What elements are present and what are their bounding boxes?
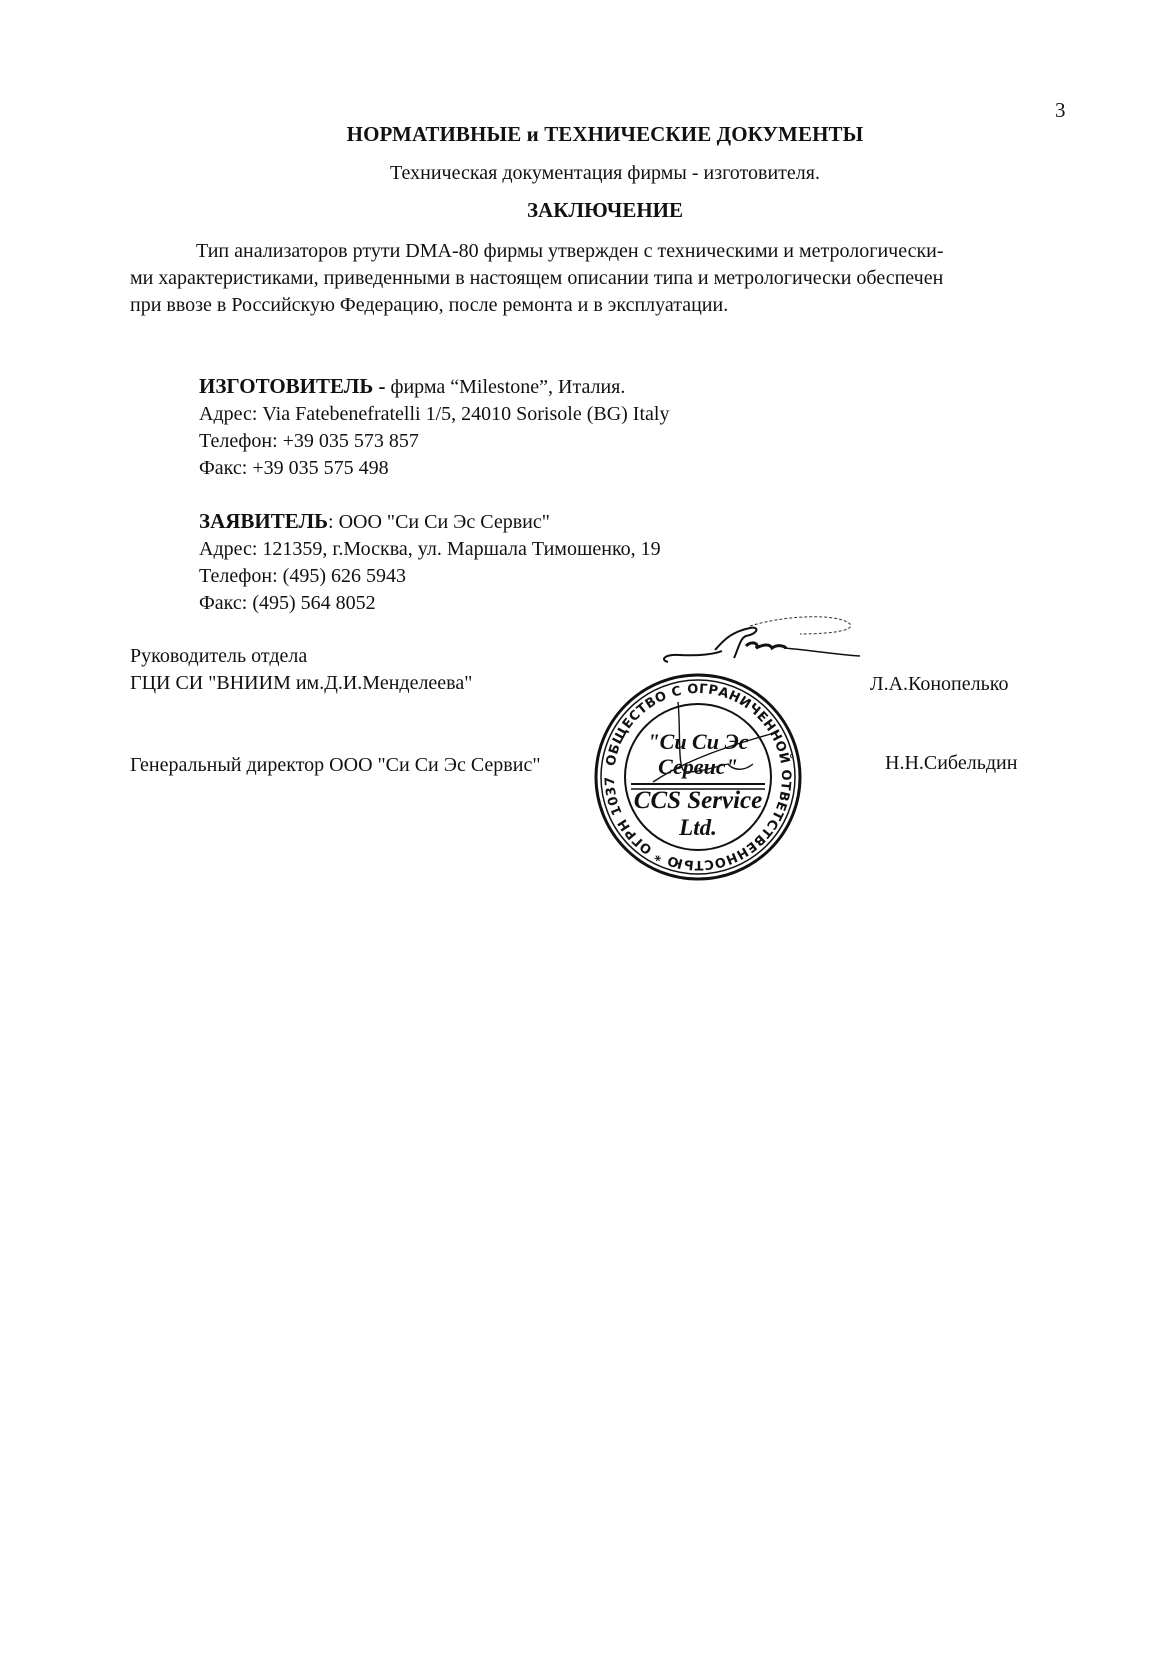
normative-documents-text: Техническая документация фирмы - изготов… <box>0 162 1172 185</box>
page-number: 3 <box>1055 98 1066 123</box>
manufacturer-fax: Факс: +39 035 575 498 <box>199 455 669 482</box>
applicant-block: ЗАЯВИТЕЛЬ: ООО "Си Си Эс Сервис" Адрес: … <box>199 508 661 617</box>
conclusion-paragraph: Тип анализаторов ртути DMA-80 фирмы утве… <box>130 238 1075 319</box>
signer2-name: Н.Н.Сибельдин <box>885 752 1017 775</box>
applicant-address: Адрес: 121359, г.Москва, ул. Маршала Тим… <box>199 536 661 563</box>
stamp-seal-icon: ОБЩЕСТВО С ОГРАНИЧЕННОЙ ОТВЕТСТВЕННОСТЬЮ… <box>593 672 803 882</box>
conclusion-line: Тип анализаторов ртути DMA-80 фирмы утве… <box>130 238 1075 265</box>
manufacturer-title: ИЗГОТОВИТЕЛЬ - фирма “Milestone”, Италия… <box>199 373 669 401</box>
manufacturer-phone: Телефон: +39 035 573 857 <box>199 428 669 455</box>
applicant-phone: Телефон: (495) 626 5943 <box>199 563 661 590</box>
normative-documents-heading: НОРМАТИВНЫЕ и ТЕХНИЧЕСКИЕ ДОКУМЕНТЫ <box>0 122 1172 147</box>
applicant-name: : ООО "Си Си Эс Сервис" <box>328 511 550 533</box>
manufacturer-address: Адрес: Via Fatebenefratelli 1/5, 24010 S… <box>199 401 669 428</box>
conclusion-line: при ввозе в Российскую Федерацию, после … <box>130 292 1075 319</box>
applicant-label: ЗАЯВИТЕЛЬ <box>199 509 328 533</box>
manufacturer-label: ИЗГОТОВИТЕЛЬ - <box>199 374 386 398</box>
handwritten-signature-icon <box>660 620 860 680</box>
applicant-title: ЗАЯВИТЕЛЬ: ООО "Си Си Эс Сервис" <box>199 508 661 536</box>
signer1-name: Л.А.Конопелько <box>870 673 1008 696</box>
signer1-position-line1: Руководитель отдела <box>130 643 472 670</box>
manufacturer-name: фирма “Milestone”, Италия. <box>386 376 626 398</box>
signer2-position: Генеральный директор ООО "Си Си Эс Серви… <box>130 752 541 779</box>
conclusion-heading: ЗАКЛЮЧЕНИЕ <box>0 198 1172 223</box>
signer1-position: Руководитель отдела ГЦИ СИ "ВНИИМ им.Д.И… <box>130 643 472 697</box>
conclusion-line: ми характеристиками, приведенными в наст… <box>130 265 1075 292</box>
manufacturer-block: ИЗГОТОВИТЕЛЬ - фирма “Milestone”, Италия… <box>199 373 669 482</box>
company-stamp: ОБЩЕСТВО С ОГРАНИЧЕННОЙ ОТВЕТСТВЕННОСТЬЮ… <box>593 672 803 882</box>
applicant-fax: Факс: (495) 564 8052 <box>199 590 661 617</box>
signer1-position-line2: ГЦИ СИ "ВНИИМ им.Д.И.Менделеева" <box>130 670 472 697</box>
